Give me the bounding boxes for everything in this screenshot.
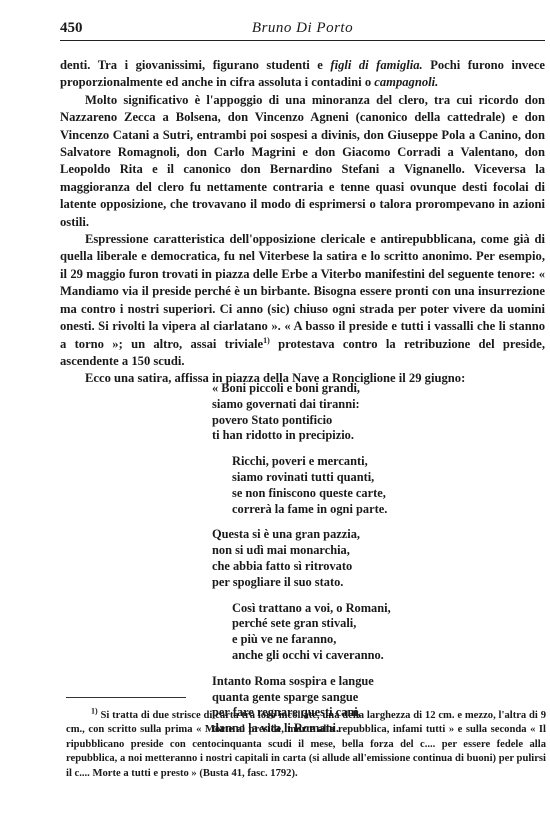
text-segment: denti. Tra i giovanissimi, figurano stud… <box>60 58 330 72</box>
footnote-separator <box>66 697 186 698</box>
poem-stanza: « Boni piccoli e boni grandi, siamo gove… <box>212 381 512 444</box>
poem-stanza: Questa si è una gran pazzia, non si udì … <box>212 527 512 590</box>
text-segment: Molto significativo è l'appoggio di una … <box>60 93 545 229</box>
text-segment: Espressione caratteristica dell'opposizi… <box>60 232 545 350</box>
poem-stanza: Ricchi, poveri e mercanti, siamo rovinat… <box>232 454 512 517</box>
poem-line: « Boni piccoli e boni grandi, <box>212 381 512 397</box>
running-title: Bruno Di Porto <box>60 20 545 37</box>
satire-poem: « Boni piccoli e boni grandi, siamo gove… <box>212 381 512 747</box>
poem-line: Questa si è una gran pazzia, <box>212 527 512 543</box>
paragraph-1: denti. Tra i giovanissimi, figurano stud… <box>60 57 545 92</box>
footnote-ref[interactable]: 1) <box>263 335 270 344</box>
poem-line: siamo rovinati tutti quanti, <box>232 470 512 486</box>
poem-stanza: Così trattano a voi, o Romani, perché se… <box>232 601 512 664</box>
poem-line: Intanto Roma sospira e langue <box>212 674 512 690</box>
paragraph-2: Molto significativo è l'appoggio di una … <box>60 92 545 231</box>
poem-line: siamo governati dai tiranni: <box>212 397 512 413</box>
italic-segment: campagnoli. <box>374 75 438 89</box>
poem-line: ti han ridotto in precipizio. <box>212 428 512 444</box>
poem-line: povero Stato pontificio <box>212 413 512 429</box>
poem-line: Ricchi, poveri e mercanti, <box>232 454 512 470</box>
poem-line: anche gli occhi vi caveranno. <box>232 648 512 664</box>
poem-line: perché sete gran stivali, <box>232 616 512 632</box>
poem-line: per spogliare il suo stato. <box>212 575 512 591</box>
poem-line: Così trattano a voi, o Romani, <box>232 601 512 617</box>
body-text: denti. Tra i giovanissimi, figurano stud… <box>60 57 545 388</box>
poem-line: correrà la fame in ogni parte. <box>232 502 512 518</box>
poem-line: e più ve ne faranno, <box>232 632 512 648</box>
poem-line: quanta gente sparge sangue <box>212 690 512 706</box>
footnote-text: Si tratta di due strisce di carta tra lo… <box>66 710 546 779</box>
poem-line: che abbia fatto sì ritrovato <box>212 559 512 575</box>
paragraph-3: Espressione caratteristica dell'opposizi… <box>60 231 545 370</box>
poem-line: se non finiscono queste carte, <box>232 486 512 502</box>
poem-line: non si udì mai monarchia, <box>212 543 512 559</box>
page-header: 450 Bruno Di Porto <box>60 20 545 41</box>
footnote-1: 1) Si tratta di due strisce di carta tra… <box>66 709 546 781</box>
footnote-marker: 1) <box>91 706 98 715</box>
italic-segment: figli di famiglia. <box>330 58 422 72</box>
footnotes: 1) Si tratta di due strisce di carta tra… <box>66 709 546 781</box>
